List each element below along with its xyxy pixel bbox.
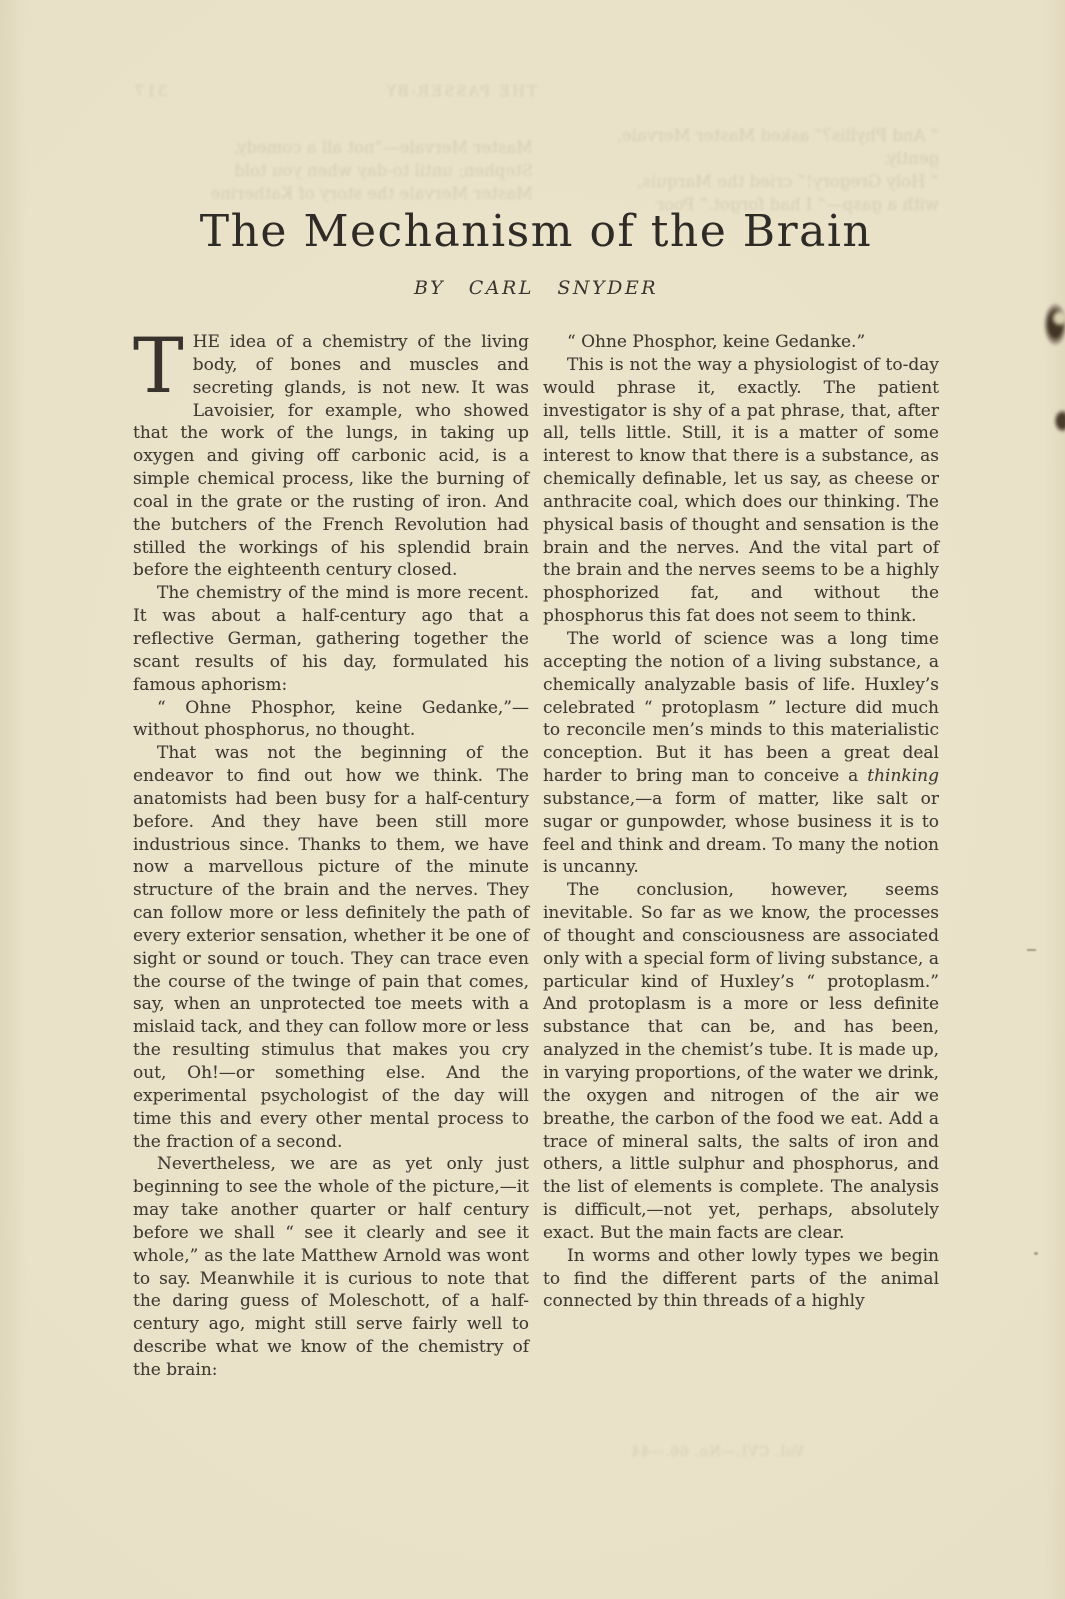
ghost-text-right: “ And Phyllis?” asked Master Mervale,gen… xyxy=(543,124,939,216)
ghost-running-head: THE PASSER-BY 317 xyxy=(133,82,537,100)
paragraph: Nevertheless, we are as yet only just be… xyxy=(133,1153,529,1381)
ink-speck xyxy=(1027,949,1036,951)
paragraph: That was not the beginning of the endeav… xyxy=(133,742,529,1153)
ghost-text-line: “ Holy Gregory!” cried the Marquis, xyxy=(543,170,939,193)
paragraph: The conclusion, however, seems inevitabl… xyxy=(543,879,939,1245)
ghost-text-left: Master Mervale—“not all a comedy,Stephen… xyxy=(153,136,533,205)
article-byline: BY CARL SNYDER xyxy=(133,277,939,299)
paragraph: The chemistry of the mind is more recent… xyxy=(133,582,529,696)
paragraph: “ Ohne Phosphor, keine Gedanke,”—without… xyxy=(133,697,529,743)
article-title: The Mechanism of the Brain xyxy=(133,206,939,257)
ghost-page-number: 317 xyxy=(133,82,168,100)
article-body: THE idea of a chemistry of the living bo… xyxy=(133,331,939,1382)
ghost-text-line: gently. xyxy=(543,147,939,170)
paragraph: This is not the way a physiologist of to… xyxy=(543,354,939,628)
scanned-book-page: THE PASSER-BY 317 Master Mervale—“not al… xyxy=(0,0,1065,1599)
ghost-text-line: Stephen; until to-day when you told xyxy=(153,159,533,182)
paragraph: THE idea of a chemistry of the living bo… xyxy=(133,331,529,582)
ghost-text-line: “ And Phyllis?” asked Master Mervale, xyxy=(543,124,939,147)
drop-cap-initial: T xyxy=(133,331,193,401)
page-blemish-large xyxy=(1041,301,1065,353)
paragraph: The world of science was a long time acc… xyxy=(543,628,939,879)
ink-speck xyxy=(1034,1252,1038,1255)
paragraph: In worms and other lowly types we begin … xyxy=(543,1245,939,1314)
column-right: “ Ohne Phosphor, keine Gedanke.”This is … xyxy=(543,331,939,1382)
paragraph: “ Ohne Phosphor, keine Gedanke.” xyxy=(543,331,939,354)
ghost-footer-mark: Vol. CVI.—No. 66.—44 xyxy=(612,1444,822,1460)
ghost-text-line: Master Mervale—“not all a comedy, xyxy=(153,136,533,159)
ghost-text-line: Master Mervale the story of Katherine xyxy=(153,182,533,205)
ghost-running-head-title: THE PASSER-BY xyxy=(384,82,537,100)
page-blemish-small xyxy=(1049,406,1065,436)
column-left: THE idea of a chemistry of the living bo… xyxy=(133,331,529,1382)
